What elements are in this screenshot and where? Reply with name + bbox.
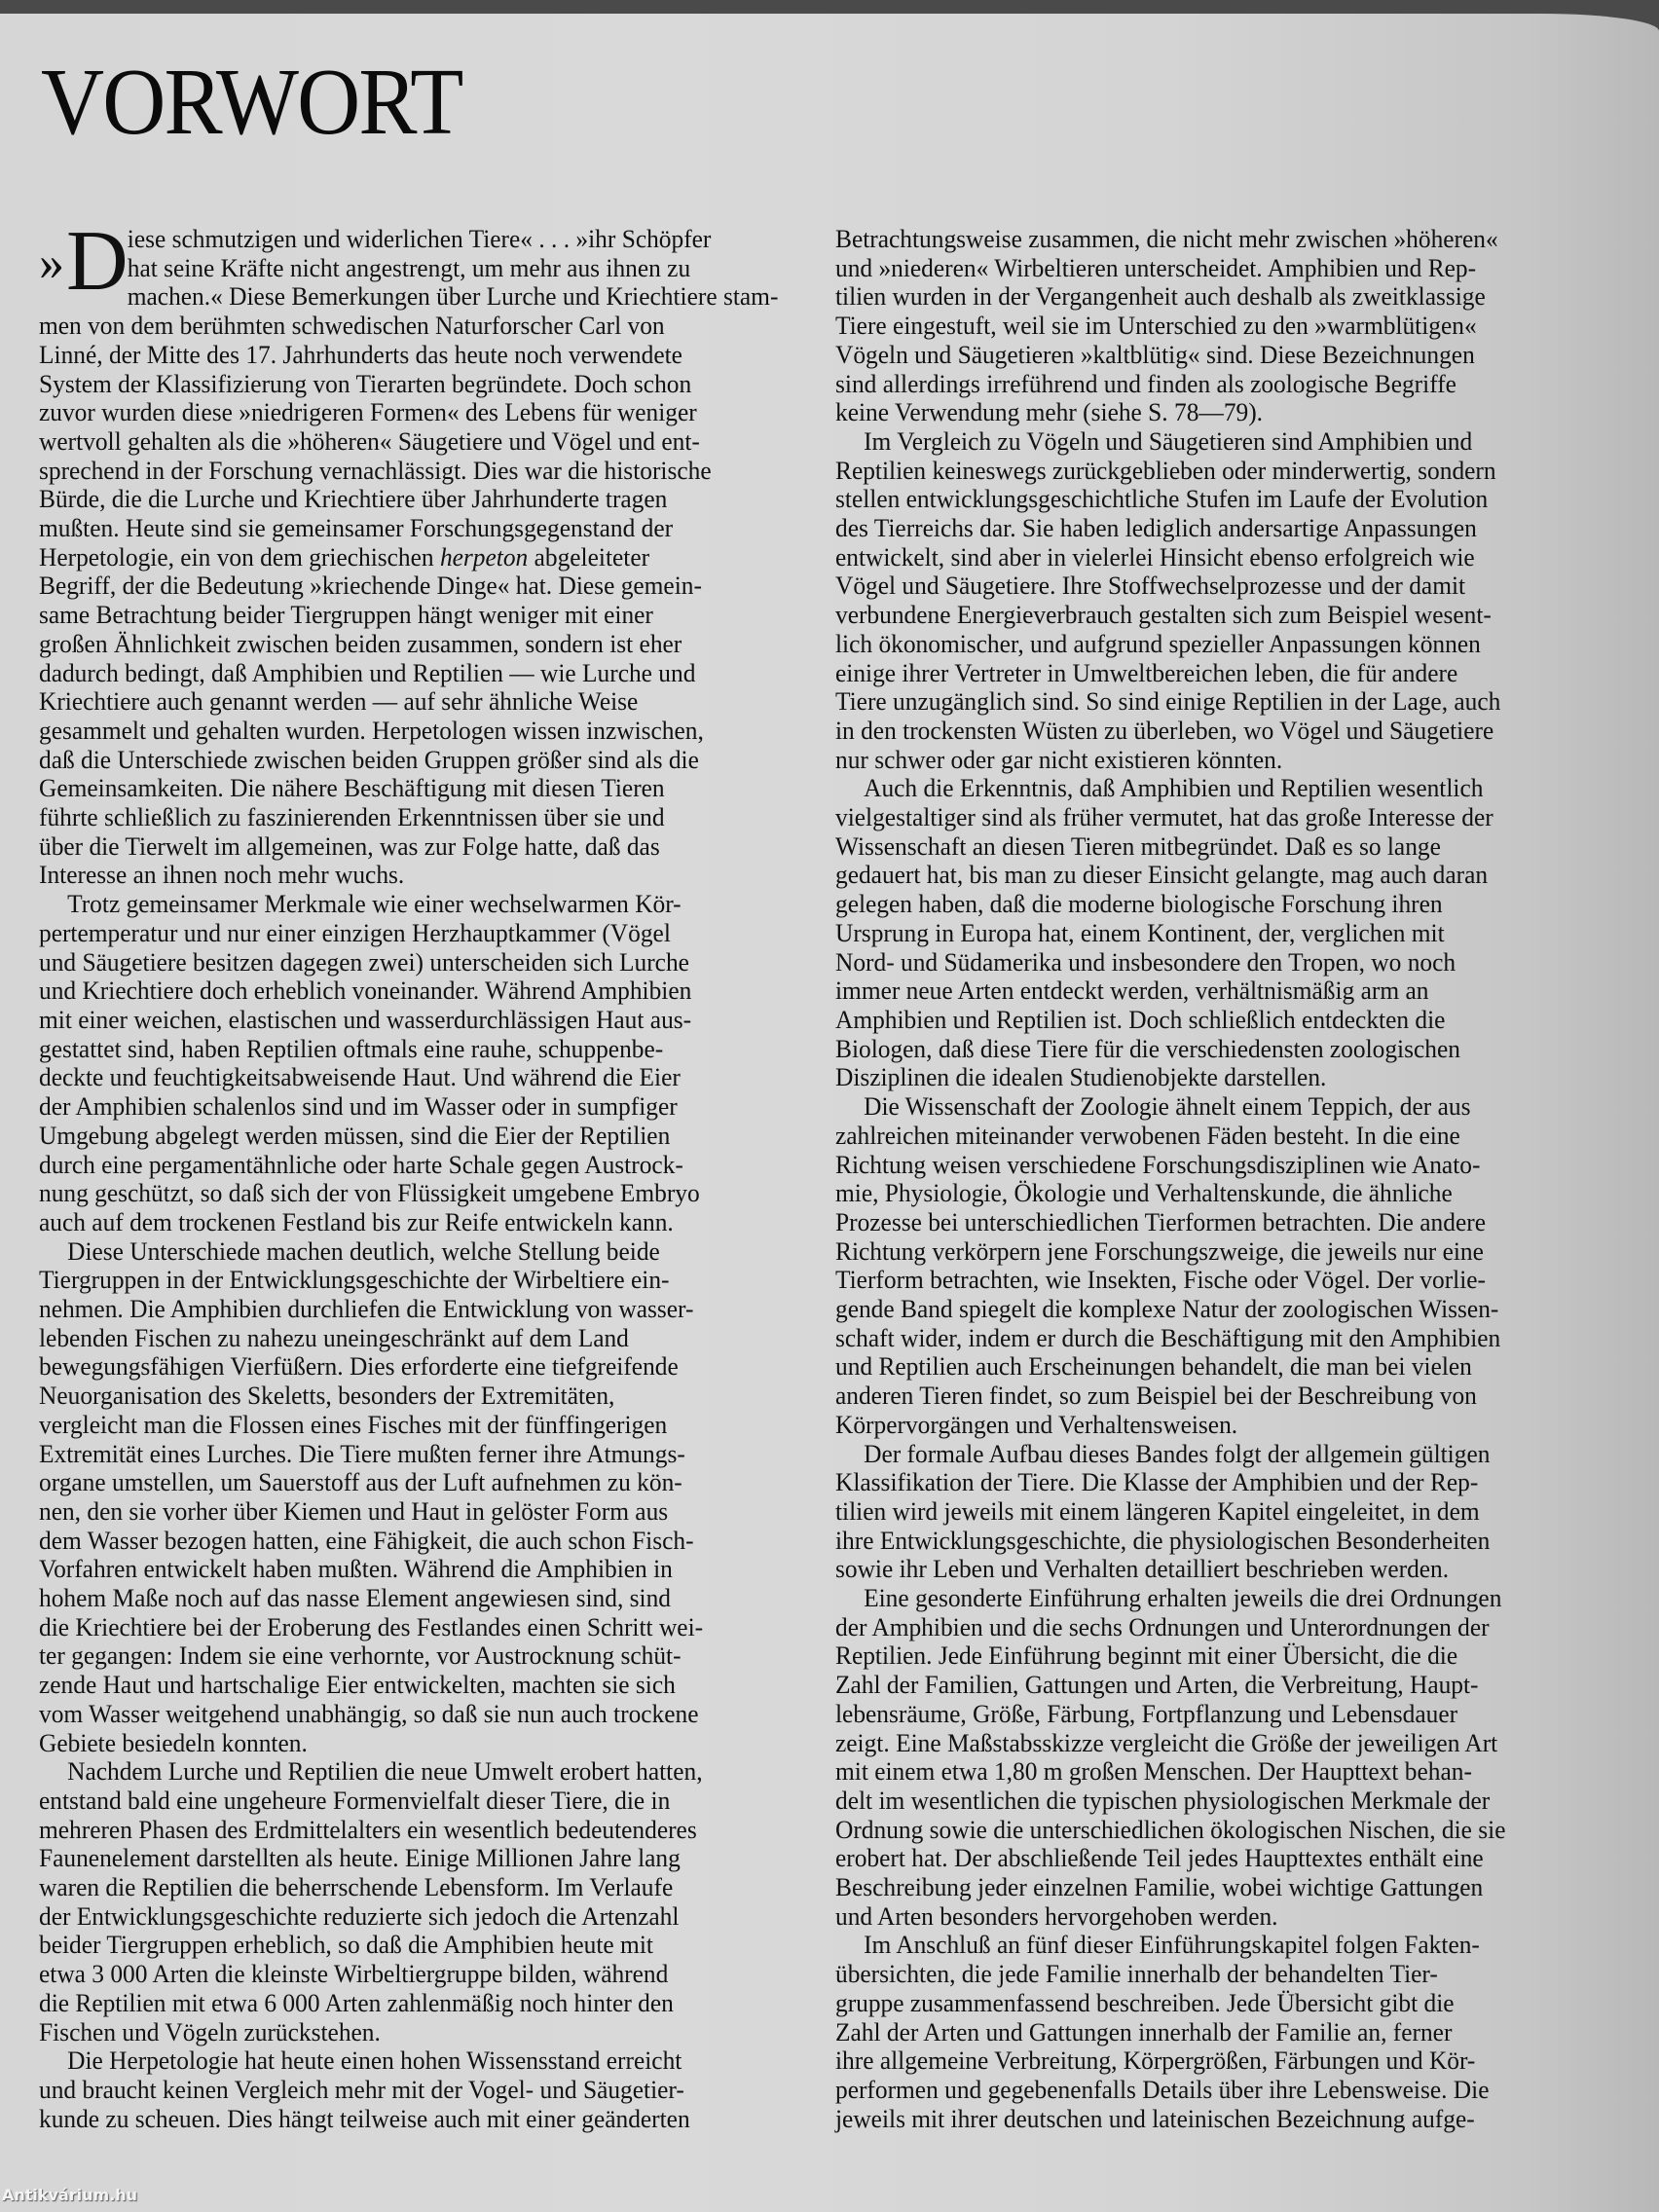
text-line: Der formale Aufbau dieses Bandes folgt d… (835, 1440, 1591, 1469)
text-line: Richtung weisen verschiedene Forschungsd… (835, 1151, 1591, 1180)
text-line: Trotz gemeinsamer Merkmale wie einer wec… (39, 890, 785, 919)
text-line: und Arten besonders hervorgehoben werden… (835, 1902, 1591, 1932)
paragraph: Nachdem Lurche und Reptilien die neue Um… (39, 1757, 808, 2046)
text-line: vergleicht man die Flossen eines Fisches… (39, 1411, 785, 1440)
text-line: mehreren Phasen des Erdmittelalters ein … (39, 1816, 785, 1845)
text-line: lebensräume, Größe, Färbung, Fortpflanzu… (835, 1700, 1591, 1729)
text-line: Extremität eines Lurches. Die Tiere mußt… (39, 1440, 785, 1469)
text-line: Begriff, der die Bedeutung »kriechende D… (39, 571, 785, 601)
paragraph: Auch die Erkenntnis, daß Amphibien und R… (835, 774, 1614, 1092)
text-line: Biologen, daß diese Tiere für die versch… (835, 1035, 1591, 1064)
text-line: entstand bald eine ungeheure Formenvielf… (39, 1787, 785, 1816)
text-line: pertemperatur und nur einer einzigen Her… (39, 919, 785, 948)
text-line: Im Vergleich zu Vögeln und Säugetieren s… (835, 427, 1591, 457)
text-line: Gemeinsamkeiten. Die nähere Beschäftigun… (39, 774, 785, 803)
text-line: gende Band spiegelt die komplexe Natur d… (835, 1295, 1591, 1324)
paragraph: Eine gesonderte Einführung erhalten jewe… (835, 1584, 1614, 1931)
text-line: führte schließlich zu faszinierenden Erk… (39, 803, 785, 832)
text-line: ihre Entwicklungsgeschichte, die physiol… (835, 1527, 1591, 1556)
paragraph: »Diese schmutzigen und widerlichen Tiere… (39, 225, 808, 890)
text-line: Umgebung abgelegt werden müssen, sind di… (39, 1122, 785, 1151)
text-line: Nachdem Lurche und Reptilien die neue Um… (39, 1757, 785, 1787)
watermark: Antikvárium.hu (2, 2186, 137, 2204)
text-line: Beschreibung jeder einzelnen Familie, wo… (835, 1873, 1591, 1902)
text-line: in den trockensten Wüsten zu überleben, … (835, 717, 1591, 746)
text-line: Eine gesonderte Einführung erhalten jewe… (835, 1584, 1591, 1613)
text-line: daß die Unterschiede zwischen beiden Gru… (39, 746, 785, 775)
paragraph: Der formale Aufbau dieses Bandes folgt d… (835, 1440, 1614, 1585)
text-line: der Entwicklungsgeschichte reduzierte si… (39, 1902, 785, 1932)
text-line: deckte und feuchtigkeitsabweisende Haut.… (39, 1063, 785, 1092)
text-line: ter gegangen: Indem sie eine verhornte, … (39, 1641, 785, 1671)
text-line: nung geschützt, so daß sich der von Flüs… (39, 1179, 785, 1208)
text-line: Reptilien. Jede Einführung beginnt mit e… (835, 1641, 1591, 1671)
text-line: stellen entwicklungsgeschichtliche Stufe… (835, 485, 1591, 514)
text-line: Bürde, die die Lurche und Kriechtiere üb… (39, 485, 785, 514)
text-line: Vorfahren entwickelt haben mußten. Währe… (39, 1555, 785, 1584)
text-line: Tiergruppen in der Entwicklungsgeschicht… (39, 1266, 785, 1295)
text-line: Kriechtiere auch genannt werden — auf se… (39, 687, 785, 717)
text-line: einige ihrer Vertreter in Umweltbereiche… (835, 659, 1591, 688)
book-page: VORWORT »Diese schmutzigen und widerlich… (0, 14, 1659, 2212)
text-line: performen und gegebenenfalls Details übe… (835, 2076, 1591, 2105)
text-line: zeigt. Eine Maßstabsskizze vergleicht di… (835, 1729, 1591, 1758)
text-line: Betrachtungsweise zusammen, die nicht me… (835, 225, 1591, 254)
text-line: nur schwer oder gar nicht existieren kön… (835, 746, 1591, 775)
text-line: Auch die Erkenntnis, daß Amphibien und R… (835, 774, 1591, 803)
text-line: Neuorganisation des Skeletts, besonders … (39, 1382, 785, 1411)
text-line: schaft wider, indem er durch die Beschäf… (835, 1324, 1591, 1353)
text-line: durch eine pergamentähnliche oder harte … (39, 1151, 785, 1180)
text-line: Disziplinen die idealen Studienobjekte d… (835, 1063, 1591, 1092)
text-line: Nord- und Südamerika und insbesondere de… (835, 948, 1591, 977)
text-line: Ordnung sowie die unterschiedlichen ökol… (835, 1816, 1591, 1845)
text-line: auch auf dem trockenen Festland bis zur … (39, 1208, 785, 1237)
text-line: verbundene Energieverbrauch gestalten si… (835, 601, 1591, 630)
text-line: und Säugetiere besitzen dagegen zwei) un… (39, 948, 785, 977)
text-line: Tiere eingestuft, weil sie im Unterschie… (835, 312, 1591, 341)
paragraph: Diese Unterschiede machen deutlich, welc… (39, 1237, 808, 1758)
text-line: Reptilien keineswegs zurückgeblieben ode… (835, 457, 1591, 486)
italic-term: herpeton (440, 543, 528, 571)
paragraph: Im Anschluß an fünf dieser Einführungska… (835, 1931, 1614, 2133)
text-column-right: Betrachtungsweise zusammen, die nicht me… (835, 225, 1614, 2133)
text-line: dadurch bedingt, daß Amphibien und Repti… (39, 659, 785, 688)
text-line: und »niederen« Wirbeltieren unterscheide… (835, 254, 1591, 283)
text-line: Tiere unzugänglich sind. So sind einige … (835, 687, 1591, 717)
text-line: zuvor wurden diese »niedrigeren Formen« … (39, 398, 785, 427)
text-line: Vögeln und Säugetieren »kaltblütig« sind… (835, 341, 1591, 370)
text-line: sowie ihr Leben und Verhalten detaillier… (835, 1555, 1591, 1584)
text-line: mit einer weichen, elastischen und wasse… (39, 1006, 785, 1035)
text-line: großen Ähnlichkeit zwischen beiden zusam… (39, 630, 785, 659)
paragraph: Trotz gemeinsamer Merkmale wie einer wec… (39, 890, 808, 1236)
text-line: Zahl der Arten und Gattungen innerhalb d… (835, 2018, 1591, 2047)
text-line: Die Wissenschaft der Zoologie ähnelt ein… (835, 1092, 1591, 1122)
text-line: Prozesse bei unterschiedlichen Tierforme… (835, 1208, 1591, 1237)
text-line: mit einem etwa 1,80 m großen Menschen. D… (835, 1757, 1591, 1787)
paragraph: Die Herpetologie hat heute einen hohen W… (39, 2046, 808, 2133)
text-line: sprechend in der Forschung vernachlässig… (39, 457, 785, 486)
text-line: iese schmutzigen und widerlichen Tiere« … (39, 225, 785, 254)
text-line: Fischen und Vögeln zurückstehen. (39, 2018, 785, 2047)
text-line: Körpervorgängen und Verhaltensweisen. (835, 1411, 1591, 1440)
text-line: Amphibien und Reptilien ist. Doch schlie… (835, 1006, 1591, 1035)
text-line: waren die Reptilien die beherrschende Le… (39, 1873, 785, 1902)
text-line: Linné, der Mitte des 17. Jahrhunderts da… (39, 341, 785, 370)
text-line: tilien wird jeweils mit einem längeren K… (835, 1497, 1591, 1527)
text-line: beider Tiergruppen erheblich, so daß die… (39, 1931, 785, 1960)
text-line: nehmen. Die Amphibien durchliefen die En… (39, 1295, 785, 1324)
text-line: übersichten, die jede Familie innerhalb … (835, 1960, 1591, 1989)
text-line: Richtung verkörpern jene Forschungszweig… (835, 1237, 1591, 1267)
page-title: VORWORT (41, 55, 462, 150)
text-line: bewegungsfähigen Vierfüßern. Dies erford… (39, 1352, 785, 1382)
text-line: Zahl der Familien, Gattungen und Arten, … (835, 1671, 1591, 1700)
text-line: gesammelt und gehalten wurden. Herpetolo… (39, 717, 785, 746)
text-column-left: »Diese schmutzigen und widerlichen Tiere… (39, 225, 808, 2133)
text-line: Vögel und Säugetiere. Ihre Stoffwechselp… (835, 571, 1591, 601)
text-line: Herpetologie, ein von dem griechischen h… (39, 543, 785, 572)
text-line: Im Anschluß an fünf dieser Einführungska… (835, 1931, 1591, 1960)
text-line: und Kriechtiere doch erheblich voneinand… (39, 977, 785, 1006)
text-line: same Betrachtung beider Tiergruppen häng… (39, 601, 785, 630)
text-line: und braucht keinen Vergleich mehr mit de… (39, 2076, 785, 2105)
text-line: immer neue Arten entdeckt werden, verhäl… (835, 977, 1591, 1006)
text-line: hohem Maße noch auf das nasse Element an… (39, 1584, 785, 1613)
text-line: der Amphibien und die sechs Ordnungen un… (835, 1613, 1591, 1642)
text-line: erobert hat. Der abschließende Teil jede… (835, 1844, 1591, 1873)
text-line: etwa 3 000 Arten die kleinste Wirbeltier… (39, 1960, 785, 1989)
text-line: zende Haut und hartschalige Eier entwick… (39, 1671, 785, 1700)
text-line: entwickelt, sind aber in vielerlei Hinsi… (835, 543, 1591, 572)
text-line: hat seine Kräfte nicht angestrengt, um m… (39, 254, 785, 283)
text-line: Die Herpetologie hat heute einen hohen W… (39, 2046, 785, 2076)
text-line: Interesse an ihnen noch mehr wuchs. (39, 861, 785, 890)
text-line: gedauert hat, bis man zu dieser Einsicht… (835, 861, 1591, 890)
text-line: gelegen haben, daß die moderne biologisc… (835, 890, 1591, 919)
text-line: Gebiete besiedeln konnten. (39, 1729, 785, 1758)
text-line: vom Wasser weitgehend unabhängig, so daß… (39, 1700, 785, 1729)
text-line: des Tierreichs dar. Sie haben lediglich … (835, 514, 1591, 543)
text-line: dem Wasser bezogen hatten, eine Fähigkei… (39, 1527, 785, 1556)
text-line: die Kriechtiere bei der Eroberung des Fe… (39, 1613, 785, 1642)
text-line: Klassifikation der Tiere. Die Klasse der… (835, 1468, 1591, 1497)
text-line: Faunenelement darstellten als heute. Ein… (39, 1844, 785, 1873)
text-line: anderen Tieren findet, so zum Beispiel b… (835, 1382, 1591, 1411)
text-line: machen.« Diese Bemerkungen über Lurche u… (39, 282, 785, 312)
text-line: mie, Physiologie, Ökologie und Verhalten… (835, 1179, 1591, 1208)
text-line: vielgestaltiger sind als früher vermutet… (835, 803, 1591, 832)
text-line: delt im wesentlichen die typischen physi… (835, 1787, 1591, 1816)
text-line: mußten. Heute sind sie gemeinsamer Forsc… (39, 514, 785, 543)
text-line: lebenden Fischen zu nahezu uneingeschrän… (39, 1324, 785, 1353)
text-line: wertvoll gehalten als die »höheren« Säug… (39, 427, 785, 457)
text-line: zahlreichen miteinander verwobenen Fäden… (835, 1122, 1591, 1151)
text-line: ihre allgemeine Verbreitung, Körpergröße… (835, 2046, 1591, 2076)
text-line: Wissenschaft an diesen Tieren mitbegründ… (835, 832, 1591, 862)
text-line: lich ökonomischer, und aufgrund speziell… (835, 630, 1591, 659)
text-line: organe umstellen, um Sauerstoff aus der … (39, 1468, 785, 1497)
text-line: tilien wurden in der Vergangenheit auch … (835, 282, 1591, 312)
text-line: gruppe zusammenfassend beschreiben. Jede… (835, 1989, 1591, 2018)
text-line: über die Tierwelt im allgemeinen, was zu… (39, 832, 785, 862)
text-line: die Reptilien mit etwa 6 000 Arten zahle… (39, 1989, 785, 2018)
text-line: und Reptilien auch Erscheinungen behande… (835, 1352, 1591, 1382)
text-line: jeweils mit ihrer deutschen und lateinis… (835, 2105, 1591, 2134)
text-line: Tierform betrachten, wie Insekten, Fisch… (835, 1266, 1591, 1295)
text-line: Ursprung in Europa hat, einem Kontinent,… (835, 919, 1591, 948)
text-line: keine Verwendung mehr (siehe S. 78—79). (835, 398, 1591, 427)
text-line: der Amphibien schalenlos sind und im Was… (39, 1092, 785, 1122)
text-line: System der Klassifizierung von Tierarten… (39, 370, 785, 399)
text-line: kunde zu scheuen. Dies hängt teilweise a… (39, 2105, 785, 2134)
text-line: Diese Unterschiede machen deutlich, welc… (39, 1237, 785, 1267)
text-line: gestattet sind, haben Reptilien oftmals … (39, 1035, 785, 1064)
paragraph: Betrachtungsweise zusammen, die nicht me… (835, 225, 1614, 427)
paragraph: Die Wissenschaft der Zoologie ähnelt ein… (835, 1092, 1614, 1439)
text-line: sind allerdings irreführend und finden a… (835, 370, 1591, 399)
text-line: nen, den sie vorher über Kiemen und Haut… (39, 1497, 785, 1527)
text-line: men von dem berühmten schwedischen Natur… (39, 312, 785, 341)
paragraph: Im Vergleich zu Vögeln und Säugetieren s… (835, 427, 1614, 774)
